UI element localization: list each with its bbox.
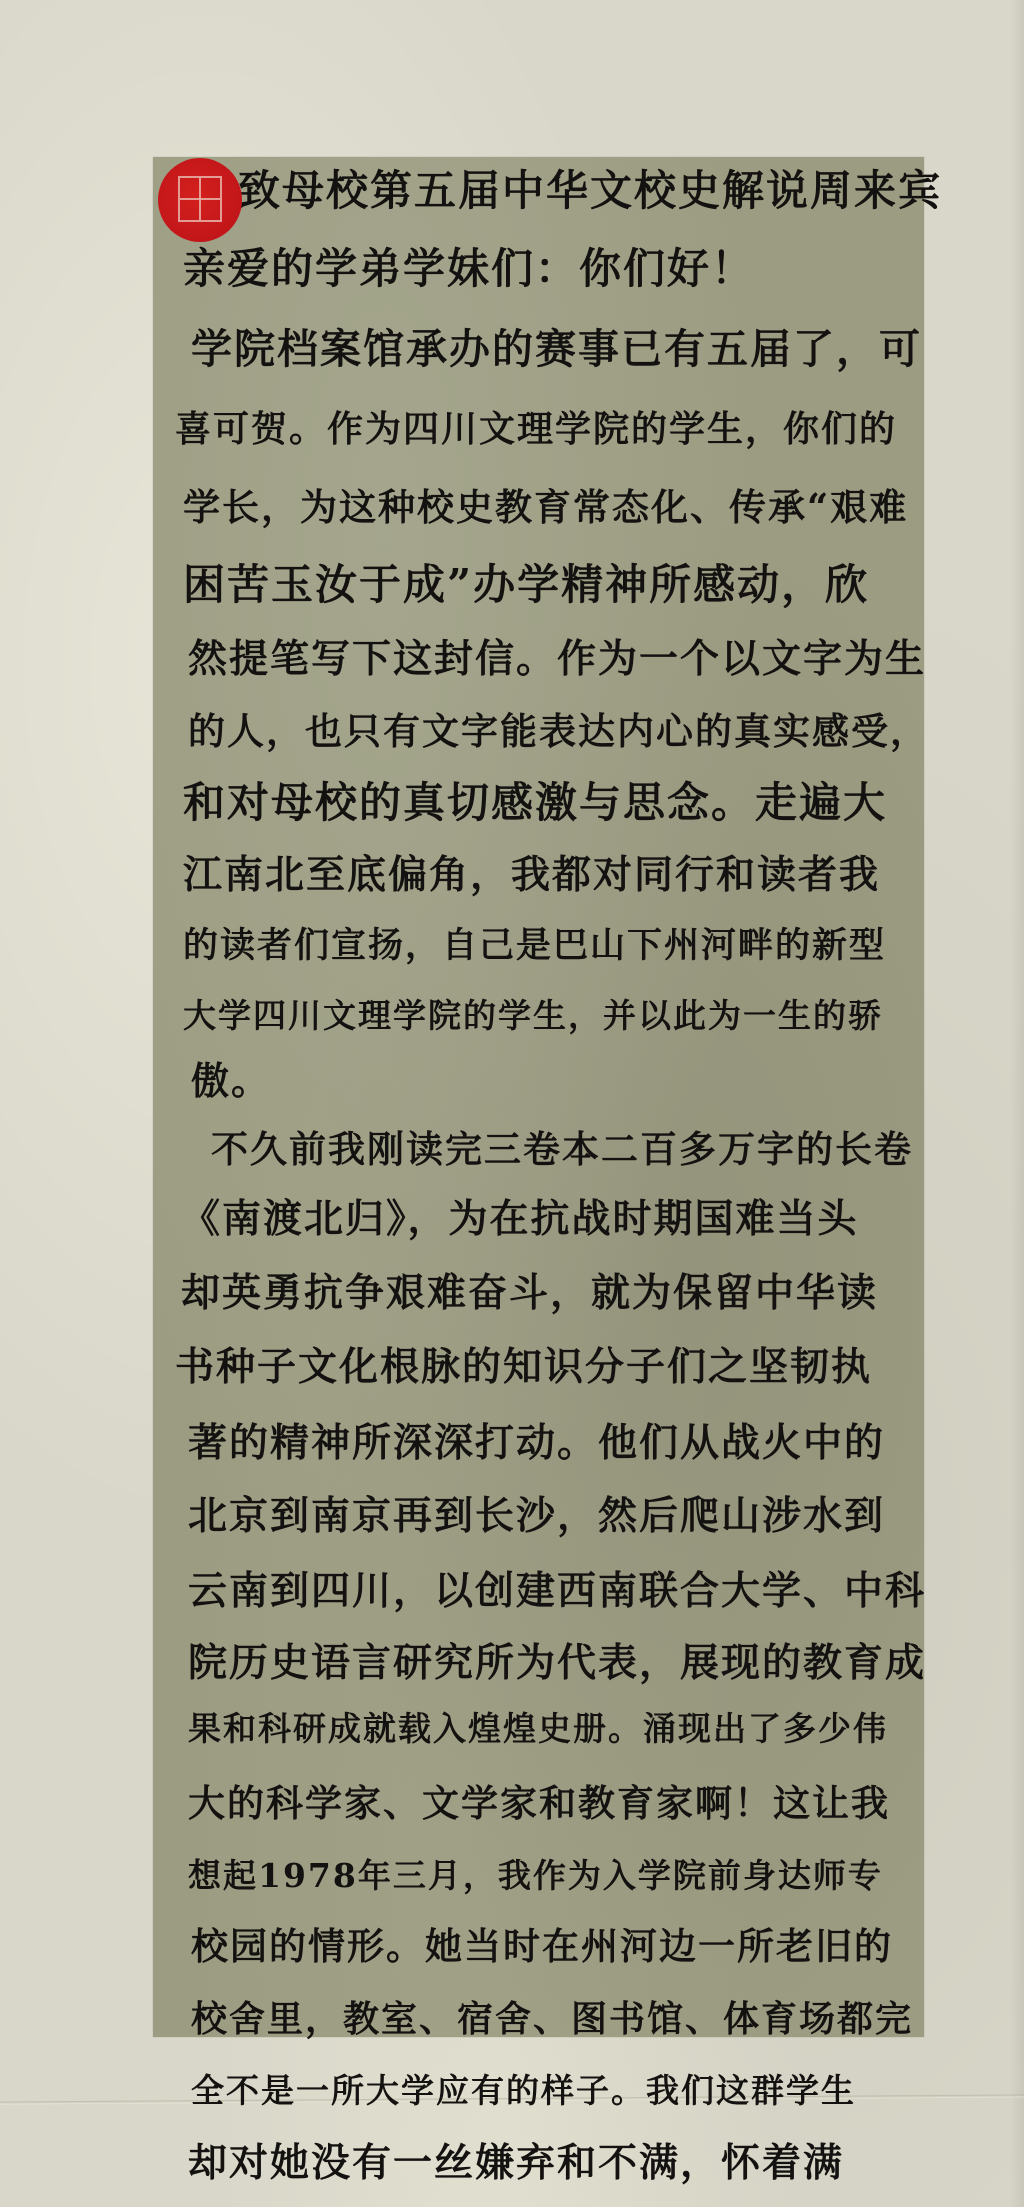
scanned-letter-page: 致母校第五届中华文校史解说周来宾 亲爱的学弟学妹们：你们好！ 学院档案馆承办的赛… — [0, 0, 1024, 2207]
letter-salutation-line: 亲爱的学弟学妹们：你们好！ — [183, 245, 755, 293]
letter-line: 喜可贺。作为四川文理学院的学生，你们的 — [175, 405, 897, 453]
letter-line: 傲。 — [191, 1057, 271, 1105]
letter-line: 北京到南京再到长沙，然后爬山涉水到 — [188, 1492, 885, 1540]
letter-line: 学长，为这种校史教育常态化、传承“艰难 — [183, 483, 908, 531]
letter-line: 大学四川文理学院的学生，并以此为一生的骄 — [183, 992, 883, 1040]
letter-line: 著的精神所深深打动。他们从战火中的 — [188, 1419, 885, 1467]
letter-line: 果和科研成就载入煌煌史册。涌现出了多少伟 — [188, 1705, 888, 1753]
letter-title-line: 致母校第五届中华文校史解说周来宾 — [238, 167, 942, 215]
letter-line: 云南到四川，以创建西南联合大学、中科 — [188, 1567, 926, 1615]
letter-line: 想起1978年三月，我作为入学院前身达师专 — [188, 1852, 883, 1900]
seal-grid-pattern — [178, 176, 222, 222]
red-seal-stamp-icon — [158, 158, 242, 242]
letter-line: 《南渡北归》，为在抗战时期国难当头 — [181, 1195, 859, 1243]
letter-line: 困苦玉汝于成”办学精神所感动，欣 — [183, 561, 869, 609]
letter-line: 校园的情形。她当时在州河边一所老旧的 — [191, 1922, 893, 1970]
letter-line: 却对她没有一丝嫌弃和不满，怀着满 — [188, 2139, 844, 2187]
letter-line: 然提笔写下这封信。作为一个以文字为生 — [188, 635, 926, 683]
letter-line: 书种子文化根脉的知识分子们之坚韧执 — [175, 1343, 872, 1391]
page-edge-shadow — [1010, 0, 1024, 2207]
letter-line: 校舍里，教室、宿舍、图书馆、体育场都完 — [191, 1995, 913, 2043]
letter-line: 的人，也只有文字能表达内心的真实感受， — [188, 707, 929, 755]
letter-paragraph-2-start: 不久前我刚读完三卷本二百多万字的长卷 — [211, 1125, 913, 1173]
letter-line: 全不是一所大学应有的样子。我们这群学生 — [191, 2067, 856, 2115]
letter-line: 却英勇抗争艰难奋斗，就为保留中华读 — [181, 1269, 878, 1317]
letter-line: 大的科学家、文学家和教育家啊！这让我 — [188, 1779, 890, 1827]
letter-line: 学院档案馆承办的赛事已有五届了，可 — [191, 325, 922, 373]
letter-line: 的读者们宣扬，自己是巴山下州河畔的新型 — [183, 922, 886, 970]
letter-line: 江南北至底偏角，我都对同行和读者我 — [183, 851, 880, 899]
letter-line: 院历史语言研究所为代表，展现的教育成 — [188, 1639, 926, 1687]
letter-line: 和对母校的真切感激与思念。走遍大 — [183, 779, 887, 827]
